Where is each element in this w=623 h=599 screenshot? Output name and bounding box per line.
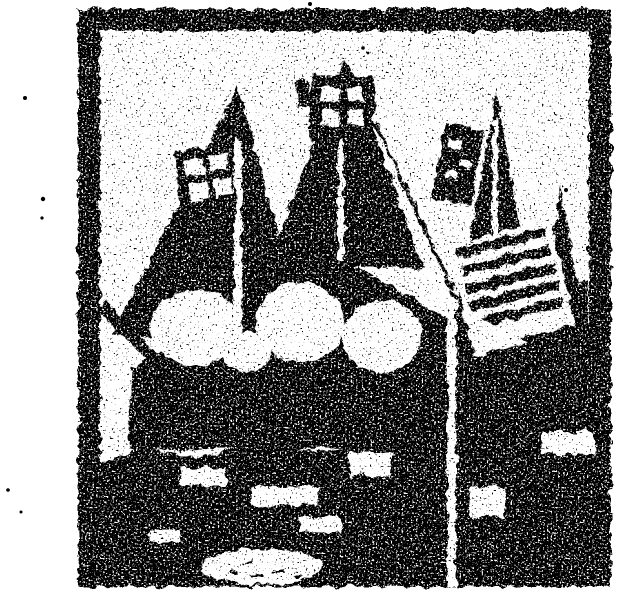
ink-speck [40, 216, 43, 219]
black-speckle-noise [85, 14, 601, 580]
ship-print: Grainy black-and-white woodcut-style hal… [0, 0, 623, 599]
ink-speck [308, 2, 312, 6]
ink-speck [20, 511, 23, 514]
ink-speck [6, 488, 10, 492]
ink-speck [361, 46, 365, 50]
ink-speck [23, 96, 27, 100]
ink-speck [564, 188, 568, 192]
ink-speck [367, 52, 370, 55]
ship-illustration: Grainy black-and-white woodcut-style hal… [0, 0, 623, 599]
ink-speck [41, 197, 45, 201]
